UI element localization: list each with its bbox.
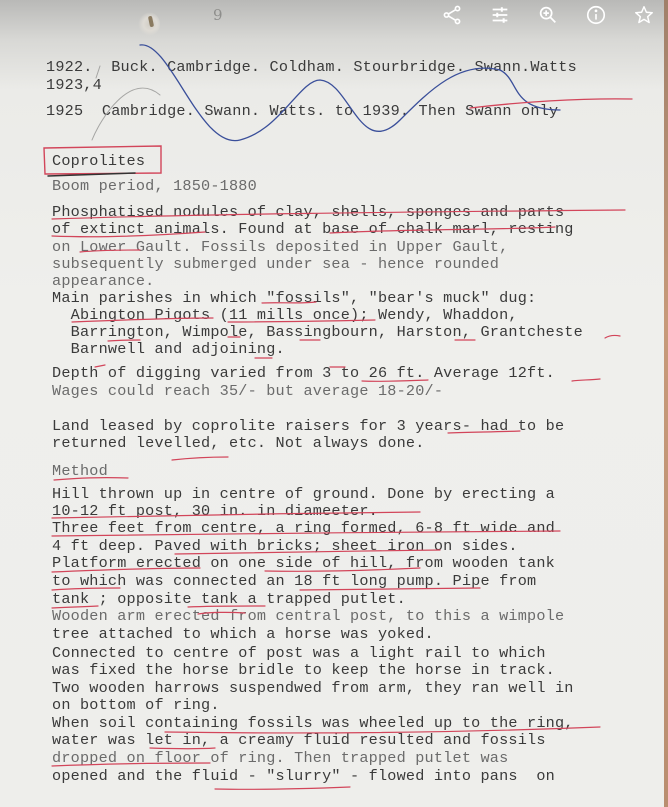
method-line: opened and the fluid - "slurry" - flowed… [52, 768, 555, 785]
method-line: to which was connected an 18 ft long pum… [52, 573, 536, 590]
body-line: Main parishes in which "fossils", "bear'… [52, 290, 536, 307]
method-line: Three feet from centre, a ring formed, 6… [52, 520, 555, 537]
method-line: Wooden arm erected from central post, to… [52, 608, 564, 625]
zoom-in-icon [537, 4, 559, 26]
body-line: on Lower Gault. Fossils deposited in Upp… [52, 239, 508, 256]
paper-edge [664, 0, 668, 807]
body-line: Abington Pigots (11 mills once); Wendy, … [52, 307, 518, 324]
method-line: tree attached to which a horse was yoked… [52, 626, 434, 643]
method-line: Connected to centre of post was a light … [52, 645, 546, 662]
method-line: was fixed the horse bridle to keep the h… [52, 662, 555, 679]
info-icon [585, 4, 607, 26]
method-line: tank ; opposite tank a trapped putlet. [52, 591, 406, 608]
page-number: 9 [213, 6, 223, 24]
body-line: Barnwell and adjoining. [52, 341, 285, 358]
method-line: on bottom of ring. [52, 697, 220, 714]
star-icon [633, 4, 655, 26]
adjust-icon [489, 4, 511, 26]
body-line: Boom period, 1850-1880 [52, 178, 257, 195]
body-line: Land leased by coprolite raisers for 3 y… [52, 418, 564, 435]
body-line: Phosphatised nodules of clay, shells, sp… [52, 204, 564, 221]
body-line: Depth of digging varied from 3 to 26 ft.… [52, 365, 555, 382]
punch-hole [138, 12, 160, 36]
method-line: 10-12 ft post, 30 in. in diameeter. [52, 503, 378, 520]
method-line: Hill thrown up in centre of ground. Done… [52, 486, 555, 503]
body-line: appearance. [52, 273, 154, 290]
method-line: water was let in, a creamy fluid resulte… [52, 732, 546, 749]
method-title: Method [52, 463, 108, 480]
body-line: Barrington, Wimpole, Bassingbourn, Harst… [52, 324, 583, 341]
body-line: subsequently submerged under sea - hence… [52, 256, 499, 273]
viewer-toolbar [428, 0, 668, 30]
method-line: When soil containing fossils was wheeled… [52, 715, 574, 732]
edit-button[interactable] [476, 0, 524, 30]
document-photo: 9 1922. Buck. Cambridge. Coldham. Stourb… [0, 0, 664, 807]
info-button[interactable] [572, 0, 620, 30]
zoom-button[interactable] [524, 0, 572, 30]
body-line: of extinct animals. Found at base of cha… [52, 221, 574, 238]
body-line: returned levelled, etc. Not always done. [52, 435, 425, 452]
share-button[interactable] [428, 0, 476, 30]
method-line: Two wooden harrows suspendwed from arm, … [52, 680, 574, 697]
header-line-2: 1923,4 [46, 77, 102, 94]
header-line-3: 1925 Cambridge. Swann. Watts. to 1939. T… [46, 103, 558, 120]
favourite-button[interactable] [620, 0, 668, 30]
share-icon [441, 4, 463, 26]
method-line: 4 ft deep. Paved with bricks; sheet iron… [52, 538, 518, 555]
section-title: Coprolites [52, 153, 145, 170]
method-line: Platform erected on one side of hill, fr… [52, 555, 555, 572]
body-line: Wages could reach 35/- but average 18-20… [52, 383, 443, 400]
header-line-1: 1922. Buck. Cambridge. Coldham. Stourbri… [46, 59, 577, 76]
method-line: dropped on floor of ring. Then trapped p… [52, 750, 508, 767]
